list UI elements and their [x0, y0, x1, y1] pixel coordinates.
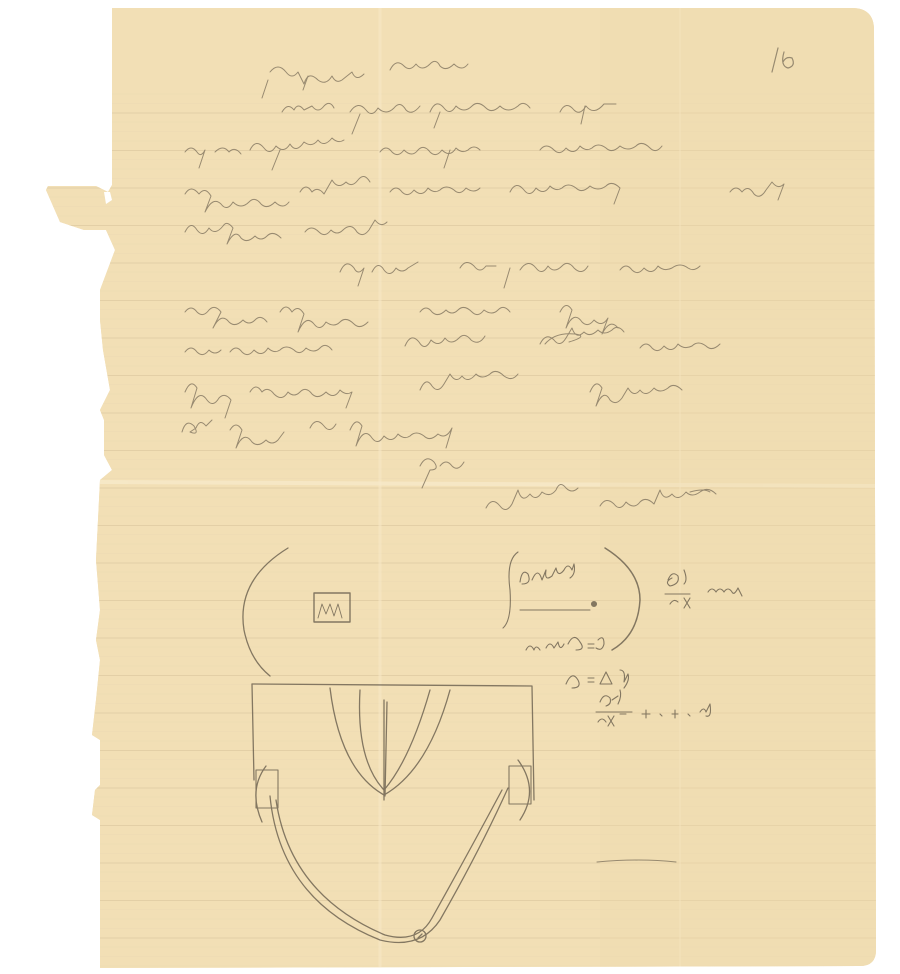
letter-paper-illustration	[0, 0, 900, 974]
letter-page: 16 Geehrter Herr ...! Als ich heute ... …	[0, 0, 900, 974]
